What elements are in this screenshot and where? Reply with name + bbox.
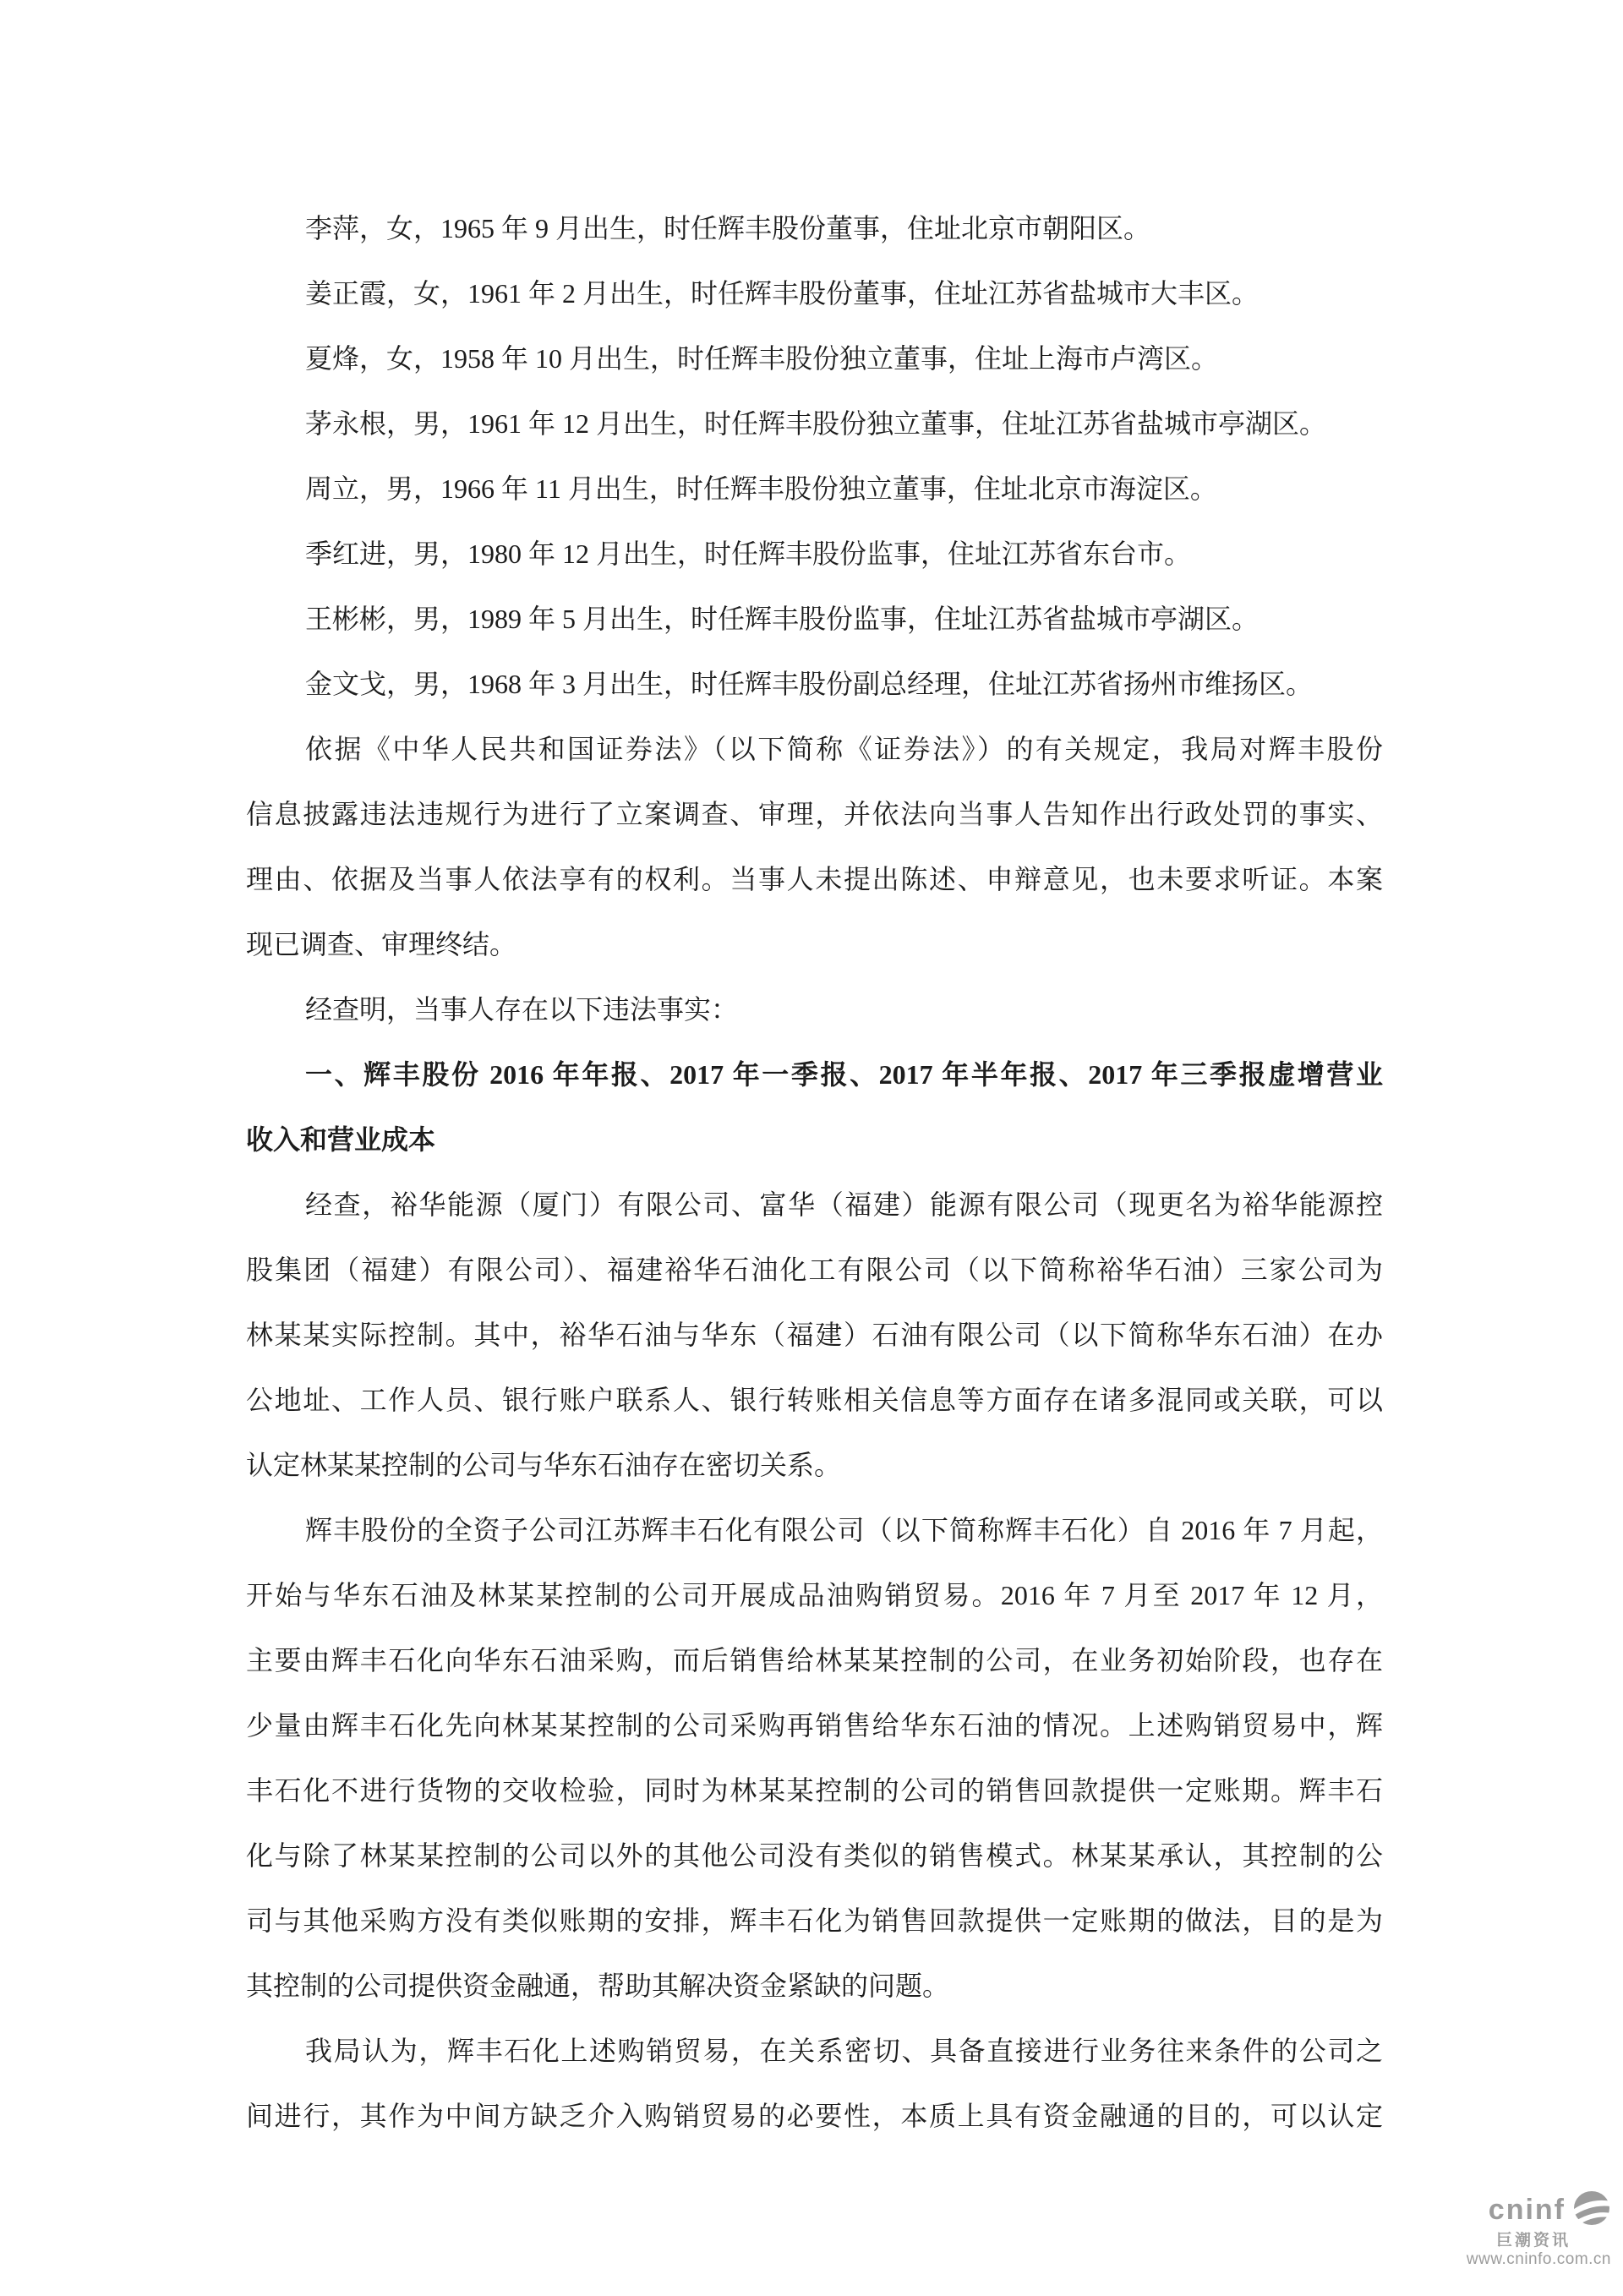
cninfo-chinese-name: 巨潮资讯 <box>1467 2233 1571 2249</box>
text-line: 信息披露违法违规行为进行了立案调查、审理，并依法向当事人告知作出行政处罚的事实、 <box>246 782 1383 847</box>
text-line: 我局认为，辉丰石化上述购销贸易，在关系密切、具备直接进行业务往来条件的公司之 <box>246 2019 1383 2084</box>
text-line: 夏烽，女，1958 年 10 月出生，时任辉丰股份独立董事，住址上海市卢湾区。 <box>246 326 1383 391</box>
text-line: 经查明，当事人存在以下违法事实： <box>246 977 1383 1042</box>
text-line: 姜正霞，女，1961 年 2 月出生，时任辉丰股份董事，住址江苏省盐城市大丰区。 <box>246 261 1383 326</box>
text-line: 公地址、工作人员、银行账户联系人、银行转账相关信息等方面存在诸多混同或关联，可以 <box>246 1368 1383 1433</box>
text-line: 开始与华东石油及林某某控制的公司开展成品油购销贸易。2016 年 7 月至 20… <box>246 1563 1383 1628</box>
text-line: 少量由辉丰石化先向林某某控制的公司采购再销售给华东石油的情况。上述购销贸易中，辉 <box>246 1693 1383 1758</box>
text-line: 主要由辉丰石化向华东石油采购，而后销售给林某某控制的公司，在业务初始阶段，也存在 <box>246 1628 1383 1693</box>
document-page: 李萍，女，1965 年 9 月出生，时任辉丰股份董事，住址北京市朝阳区。姜正霞，… <box>0 0 1623 2296</box>
text-line: 经查，裕华能源（厦门）有限公司、富华（福建）能源有限公司（现更名为裕华能源控 <box>246 1173 1383 1238</box>
text-line: 辉丰股份的全资子公司江苏辉丰石化有限公司（以下简称辉丰石化）自 2016 年 7… <box>246 1498 1383 1563</box>
cninfo-url: www.cninfo.com.cn <box>1467 2251 1611 2267</box>
text-line: 林某某实际控制。其中，裕华石油与华东（福建）石油有限公司（以下简称华东石油）在办 <box>246 1303 1383 1368</box>
cninfo-swirl-icon <box>1571 2190 1611 2229</box>
text-line: 理由、依据及当事人依法享有的权利。当事人未提出陈述、申辩意见，也未要求听证。本案 <box>246 847 1383 912</box>
cninfo-watermark: cninf 巨潮资讯 www.cninfo.com.cn <box>1467 2190 1611 2267</box>
text-line: 股集团（福建）有限公司）、福建裕华石油化工有限公司（以下简称裕华石油）三家公司为 <box>246 1238 1383 1303</box>
text-line: 依据《中华人民共和国证券法》（以下简称《证券法》）的有关规定，我局对辉丰股份 <box>246 717 1383 782</box>
text-line: 周立，男，1966 年 11 月出生，时任辉丰股份独立董事，住址北京市海淀区。 <box>246 456 1383 522</box>
text-line: 认定林某某控制的公司与华东石油存在密切关系。 <box>246 1433 1383 1498</box>
text-line: 司与其他采购方没有类似账期的安排，辉丰石化为销售回款提供一定账期的做法，目的是为 <box>246 1889 1383 1954</box>
text-line: 季红进，男，1980 年 12 月出生，时任辉丰股份监事，住址江苏省东台市。 <box>246 522 1383 587</box>
text-line: 李萍，女，1965 年 9 月出生，时任辉丰股份董事，住址北京市朝阳区。 <box>246 196 1383 261</box>
text-line: 间进行，其作为中间方缺乏介入购销贸易的必要性，本质上具有资金融通的目的，可以认定 <box>246 2084 1383 2149</box>
text-line: 现已调查、审理终结。 <box>246 912 1383 977</box>
cninfo-logo-row: cninf <box>1467 2190 1611 2229</box>
cninfo-logo-text: cninf <box>1489 2195 1566 2224</box>
text-line: 一、辉丰股份 2016 年年报、2017 年一季报、2017 年半年报、2017… <box>246 1042 1383 1107</box>
text-line: 其控制的公司提供资金融通，帮助其解决资金紧缺的问题。 <box>246 1954 1383 2019</box>
text-line: 化与除了林某某控制的公司以外的其他公司没有类似的销售模式。林某某承认，其控制的公 <box>246 1823 1383 1889</box>
text-line: 丰石化不进行货物的交收检验，同时为林某某控制的公司的销售回款提供一定账期。辉丰石 <box>246 1758 1383 1823</box>
text-line: 收入和营业成本 <box>246 1107 1383 1173</box>
document-body: 李萍，女，1965 年 9 月出生，时任辉丰股份董事，住址北京市朝阳区。姜正霞，… <box>246 196 1383 2149</box>
text-line: 金文戈，男，1968 年 3 月出生，时任辉丰股份副总经理，住址江苏省扬州市维扬… <box>246 652 1383 717</box>
text-line: 王彬彬，男，1989 年 5 月出生，时任辉丰股份监事，住址江苏省盐城市亭湖区。 <box>246 587 1383 652</box>
text-line: 茅永根，男，1961 年 12 月出生，时任辉丰股份独立董事，住址江苏省盐城市亭… <box>246 391 1383 456</box>
